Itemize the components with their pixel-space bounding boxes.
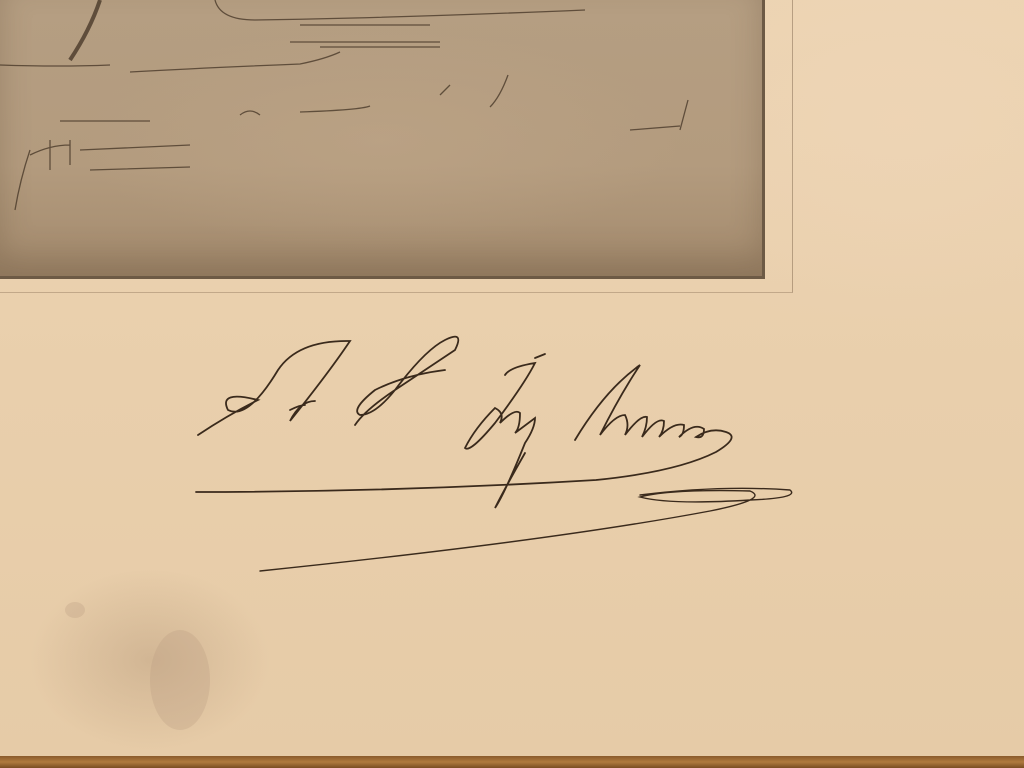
signature	[196, 337, 792, 571]
paper-stains	[65, 602, 210, 730]
ink-drawing	[0, 0, 1024, 768]
etching-strokes	[0, 0, 688, 210]
frame-edge	[0, 756, 1024, 768]
